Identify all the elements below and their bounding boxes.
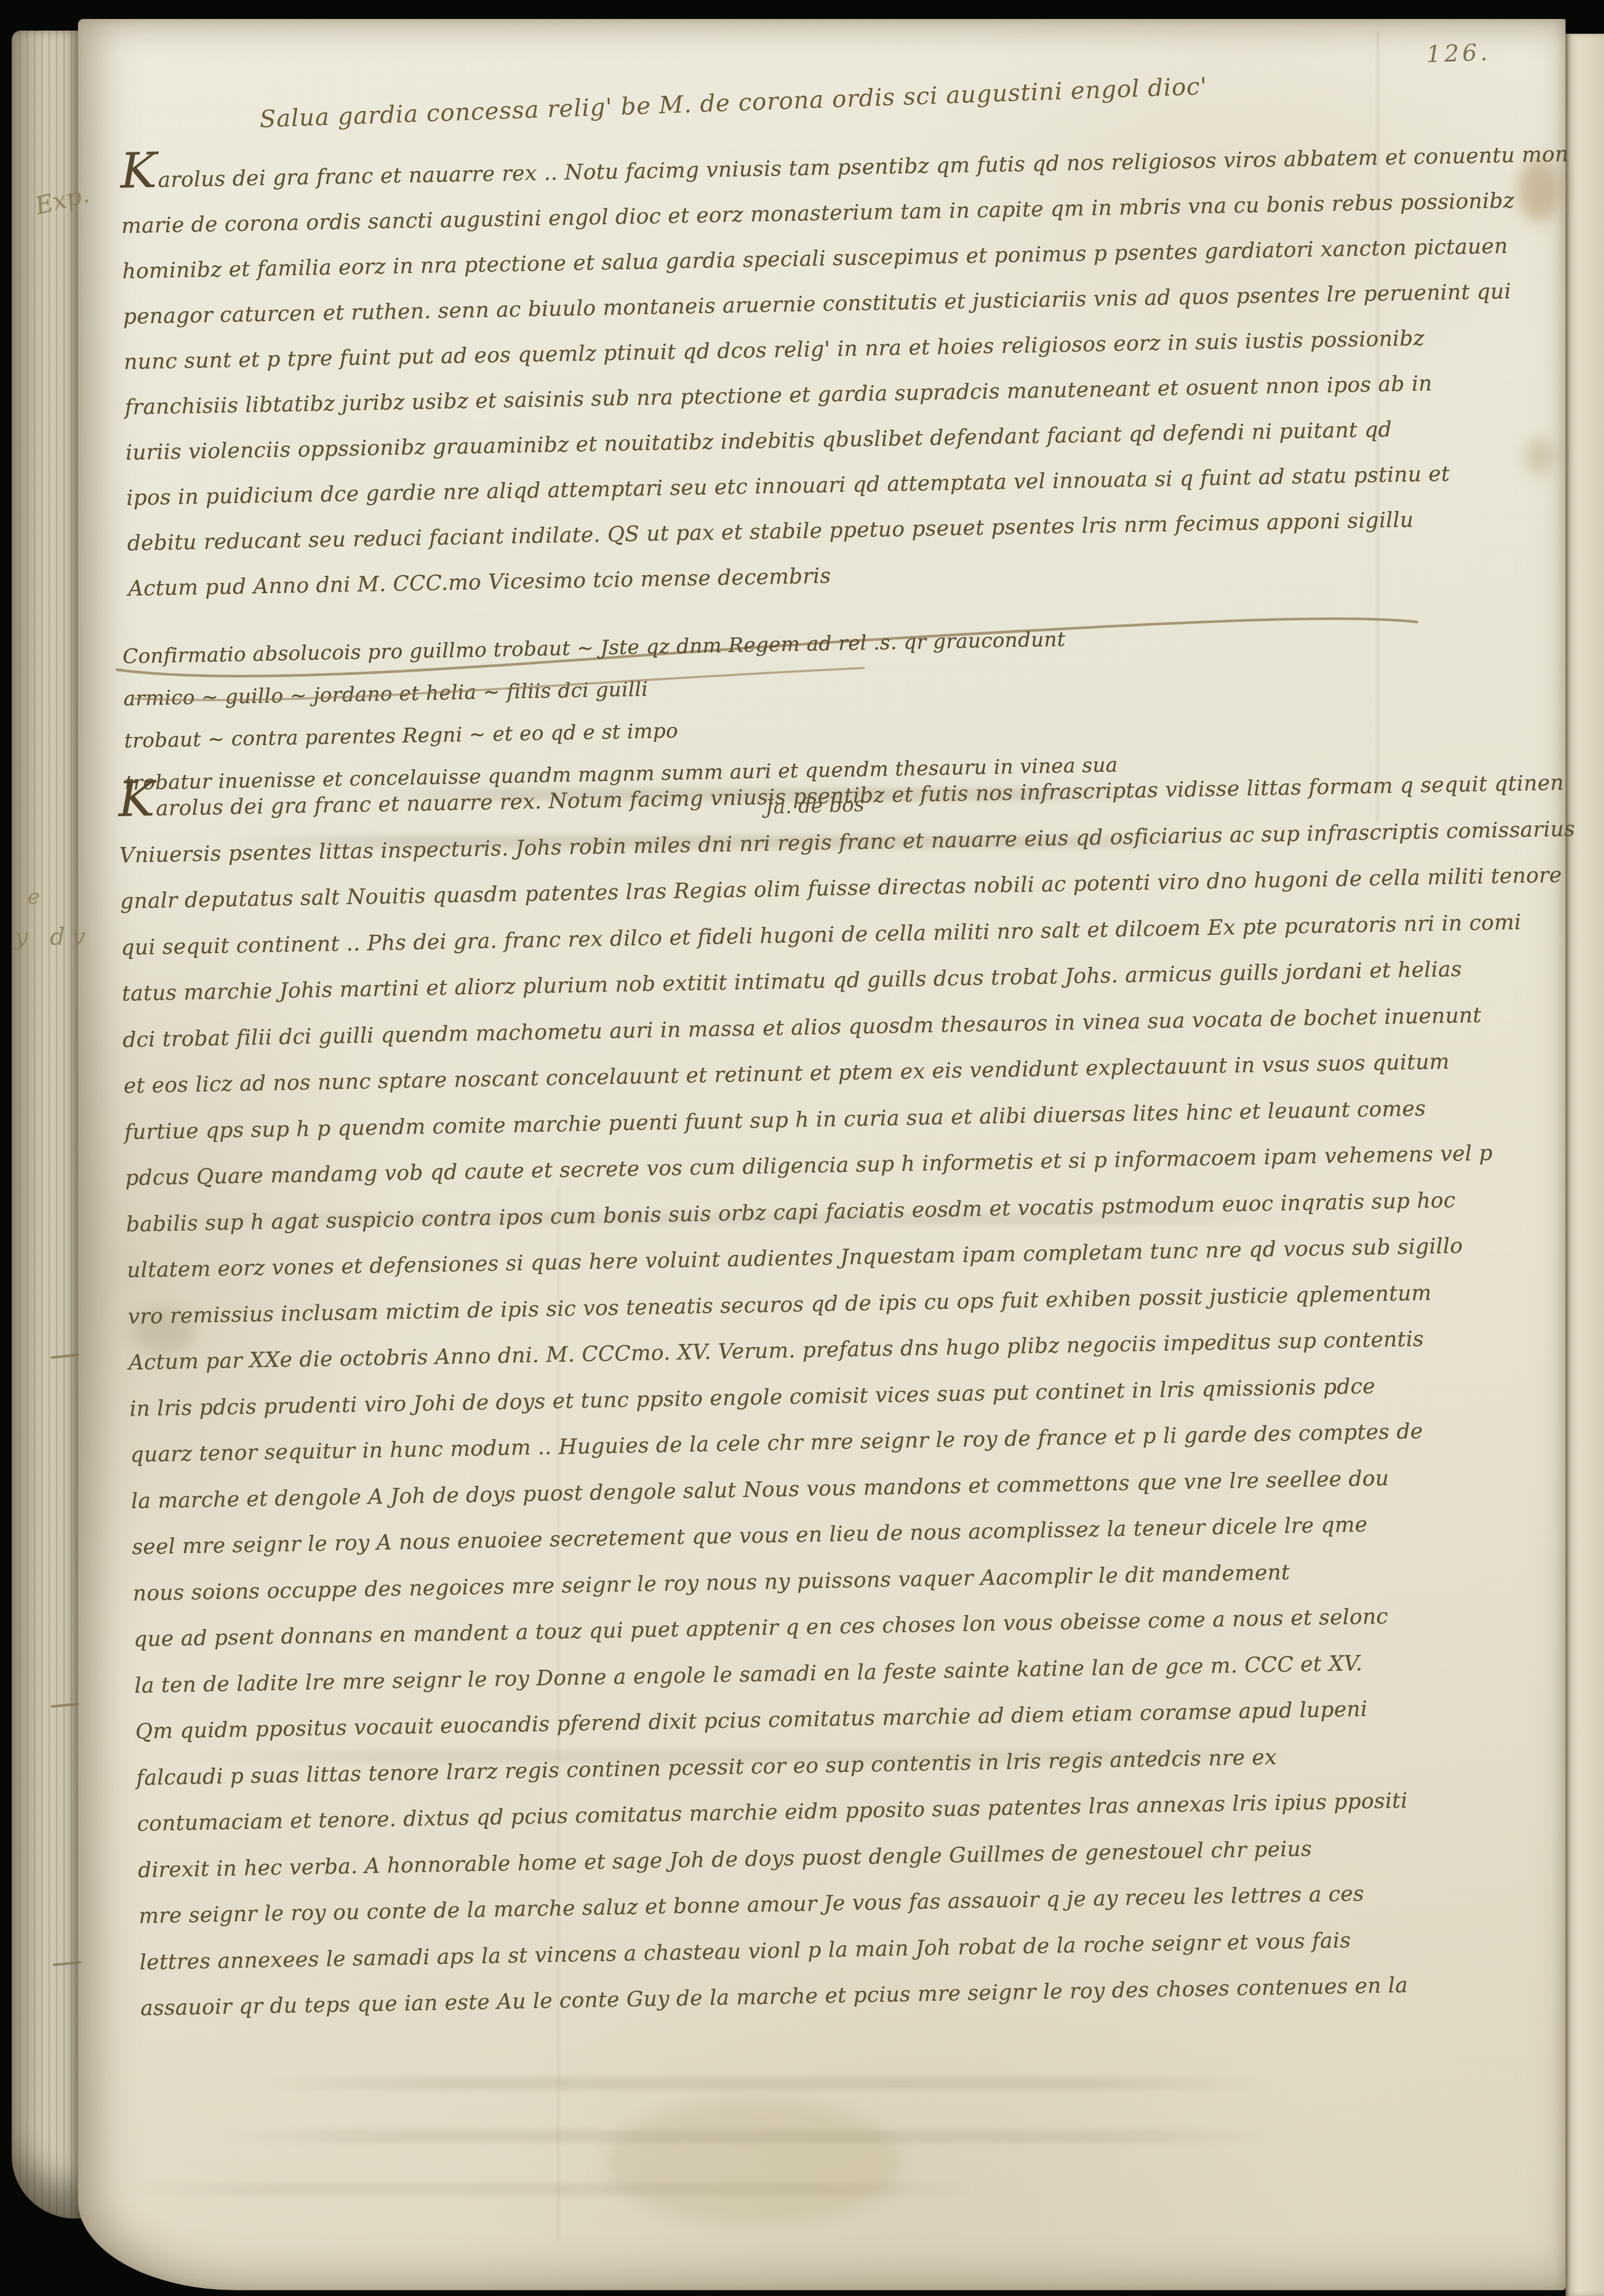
manuscript-photo: 126. Salua gardia concessa relig' be M. …: [0, 0, 1604, 2296]
margin-note-e: e: [27, 885, 40, 909]
folio-number: 126.: [1426, 39, 1491, 68]
margin-note-ydv: y dv: [15, 924, 93, 951]
charter-block-1315: Karolus dei gra franc et nauarre rex. No…: [118, 760, 1597, 2032]
book-gutter-page-edges: [12, 31, 81, 2219]
charter-block-1323: Karolus dei gra franc et nauarre rex .. …: [120, 132, 1577, 612]
